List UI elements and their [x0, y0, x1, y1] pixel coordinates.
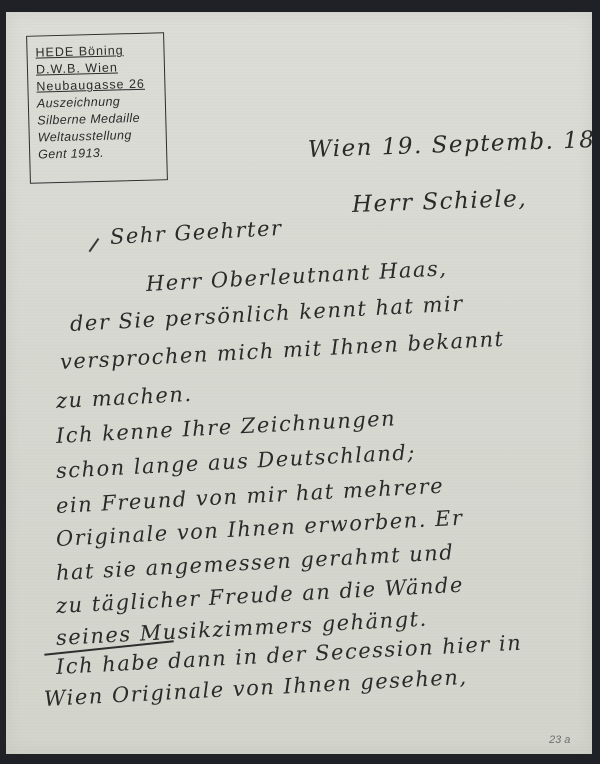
- archive-number: 23 a: [549, 734, 570, 746]
- body-line-5: zu machen.: [55, 382, 193, 413]
- body-line-7: schon lange aus Deutschland;: [55, 440, 416, 483]
- stamp-line-address: Neubaugasse 26: [36, 75, 160, 95]
- pencil-mark: [89, 238, 99, 252]
- body-line-3: der Sie persönlich kennt hat mir: [69, 291, 464, 336]
- stamp-line-year: Gent 1913.: [38, 143, 162, 163]
- body-line-1: Sehr Geehrter: [109, 216, 283, 249]
- place-date: Wien 19. Septemb. 18: [308, 127, 596, 163]
- body-line-6: Ich kenne Ihre Zeichnungen: [55, 406, 396, 448]
- salutation-name: Herr Schiele,: [352, 186, 528, 218]
- body-line-2: Herr Oberleutnant Haas,: [145, 256, 448, 296]
- letter-page: HEDE Böning D.W.B. Wien Neubaugasse 26 A…: [6, 12, 592, 754]
- sender-stamp-box: HEDE Böning D.W.B. Wien Neubaugasse 26 A…: [26, 32, 168, 184]
- body-line-4: versprochen mich mit Ihnen bekannt: [59, 327, 505, 374]
